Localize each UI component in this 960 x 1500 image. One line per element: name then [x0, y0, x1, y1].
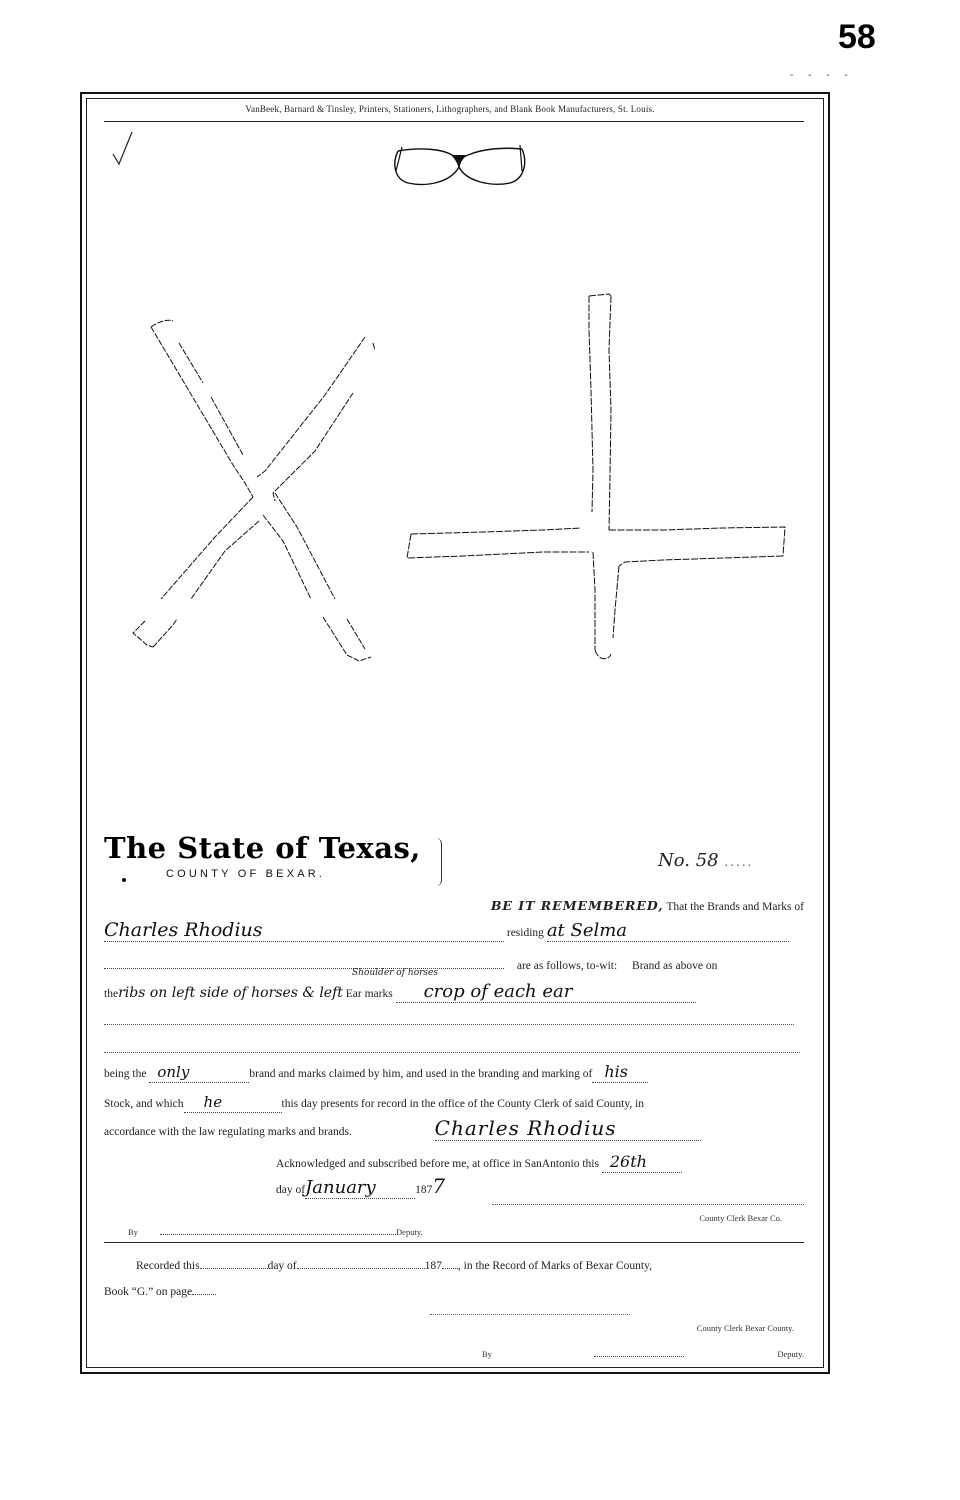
recording-deputy-label: Deputy. [777, 1346, 804, 1362]
ack-day: 26th [610, 1152, 647, 1171]
header-rule [104, 121, 804, 122]
brand-location-line: theribs on left side of horses & left Ea… [104, 984, 804, 1003]
his-value: his [604, 1062, 628, 1081]
are-as-follows: are as follows, to-wit: [517, 960, 617, 972]
blank-line-2 [104, 1052, 800, 1053]
by-label: By [128, 1227, 138, 1237]
recording-by-label: By [482, 1349, 492, 1359]
recorded-line: Recorded thisday of187, in the Record of… [136, 1258, 804, 1274]
recorded-year-blank [442, 1268, 458, 1269]
by-deputy-line: By Deputy. [128, 1224, 448, 1240]
record-number: No. 58 ..... [658, 850, 753, 871]
brand-location-insert: Shoulder of horses [352, 968, 438, 978]
stock-line: Stock, and which he this day presents fo… [104, 1094, 804, 1113]
be-it-remembered-line: BE IT REMEMBERED, That the Brands and Ma… [104, 898, 804, 915]
day-of-label: day of [276, 1184, 305, 1196]
printer-imprint: VanBeek, Barnard & Tinsley, Printers, St… [100, 104, 800, 114]
recorded-this: Recorded this [136, 1260, 200, 1272]
be-it-remembered: BE IT REMEMBERED, [491, 898, 664, 913]
recorded-month-blank [297, 1268, 425, 1269]
acknowledged-text: Acknowledged and subscribed before me, a… [276, 1158, 599, 1170]
checkmark-icon [110, 128, 136, 168]
book-text: Book “G.” on page [104, 1286, 192, 1298]
book-line: Book “G.” on page [104, 1284, 804, 1300]
deputy-label: Deputy. [396, 1227, 423, 1237]
being-the-line: being the only brand and marks claimed b… [104, 1064, 804, 1083]
ear-marks-value: crop of each ear [424, 981, 573, 1002]
recorded-day-blank [200, 1268, 268, 1269]
record-number-value: 58 [696, 850, 719, 871]
owner-line: Charles Rhodius residing at Selma [104, 922, 804, 942]
blank-line-1 [104, 1024, 794, 1025]
recording-deputy-blank [594, 1356, 684, 1357]
recorded-day-of: day of [268, 1260, 297, 1272]
accordance-text: accordance with the law regulating marks… [104, 1126, 352, 1138]
accordance-line: accordance with the law regulating marks… [104, 1120, 804, 1141]
owner-signature: Charles Rhodius [435, 1116, 617, 1140]
cross-brand-drawing [403, 290, 788, 665]
only-value: only [157, 1063, 189, 1081]
ack-date-line: day of January 1877 [276, 1178, 516, 1199]
acknowledged-line: Acknowledged and subscribed before me, a… [276, 1154, 806, 1173]
record-number-label: No. [658, 850, 690, 871]
the-label: the [104, 988, 118, 1000]
record-tail: , in the Record of Marks of Bexar County… [458, 1260, 652, 1272]
state-title: The State of Texas, [104, 832, 444, 864]
brand-location-value: ribs on left side of horses & left [118, 985, 343, 1001]
corner-dashes: - - - - [790, 70, 854, 81]
section-divider [104, 1242, 804, 1243]
presents-text: this day presents for record in the offi… [282, 1098, 645, 1110]
brand-as-above: Brand as above on [632, 960, 717, 972]
recording-by-line: By Deputy. [482, 1346, 804, 1362]
county-clerk-line [430, 1314, 630, 1315]
he-value: he [204, 1093, 223, 1111]
brands-marks-of: That the Brands and Marks of [666, 901, 804, 913]
decorative-dot [122, 878, 126, 882]
blank-field [104, 968, 504, 969]
clerk-signature-line [492, 1204, 804, 1205]
county-line: COUNTY OF BEXAR. [166, 868, 444, 880]
ear-mark-sketch-icon [390, 143, 530, 189]
title-block: The State of Texas, COUNTY OF BEXAR. [104, 832, 444, 880]
ack-month: January [305, 1177, 376, 1198]
deputy-blank [160, 1234, 396, 1235]
ear-marks-label: Ear marks [346, 988, 393, 1000]
page-number: 58 [838, 18, 876, 57]
year-suffix: 7 [432, 1174, 445, 1198]
residing-label: residing [507, 927, 544, 939]
residence-value: at Selma [547, 920, 627, 941]
county-clerk-title: County Clerk Bexar County. [600, 1320, 794, 1336]
year-prefix: 187 [415, 1184, 432, 1196]
claimed-text: brand and marks claimed by him, and used… [249, 1068, 592, 1080]
page-blank [192, 1294, 216, 1295]
clerk-title: County Clerk Bexar Co. [610, 1210, 782, 1226]
being-the-label: being the [104, 1068, 146, 1080]
title-brace [435, 838, 442, 886]
recorded-year-prefix: 187 [425, 1260, 442, 1272]
x-brand-drawing [125, 315, 375, 665]
record-number-dots: ..... [724, 855, 753, 869]
owner-name: Charles Rhodius [104, 919, 263, 941]
stock-and-which: Stock, and which [104, 1098, 184, 1110]
are-as-follows-line: are as follows, to-wit: Brand as above o… [104, 958, 804, 974]
